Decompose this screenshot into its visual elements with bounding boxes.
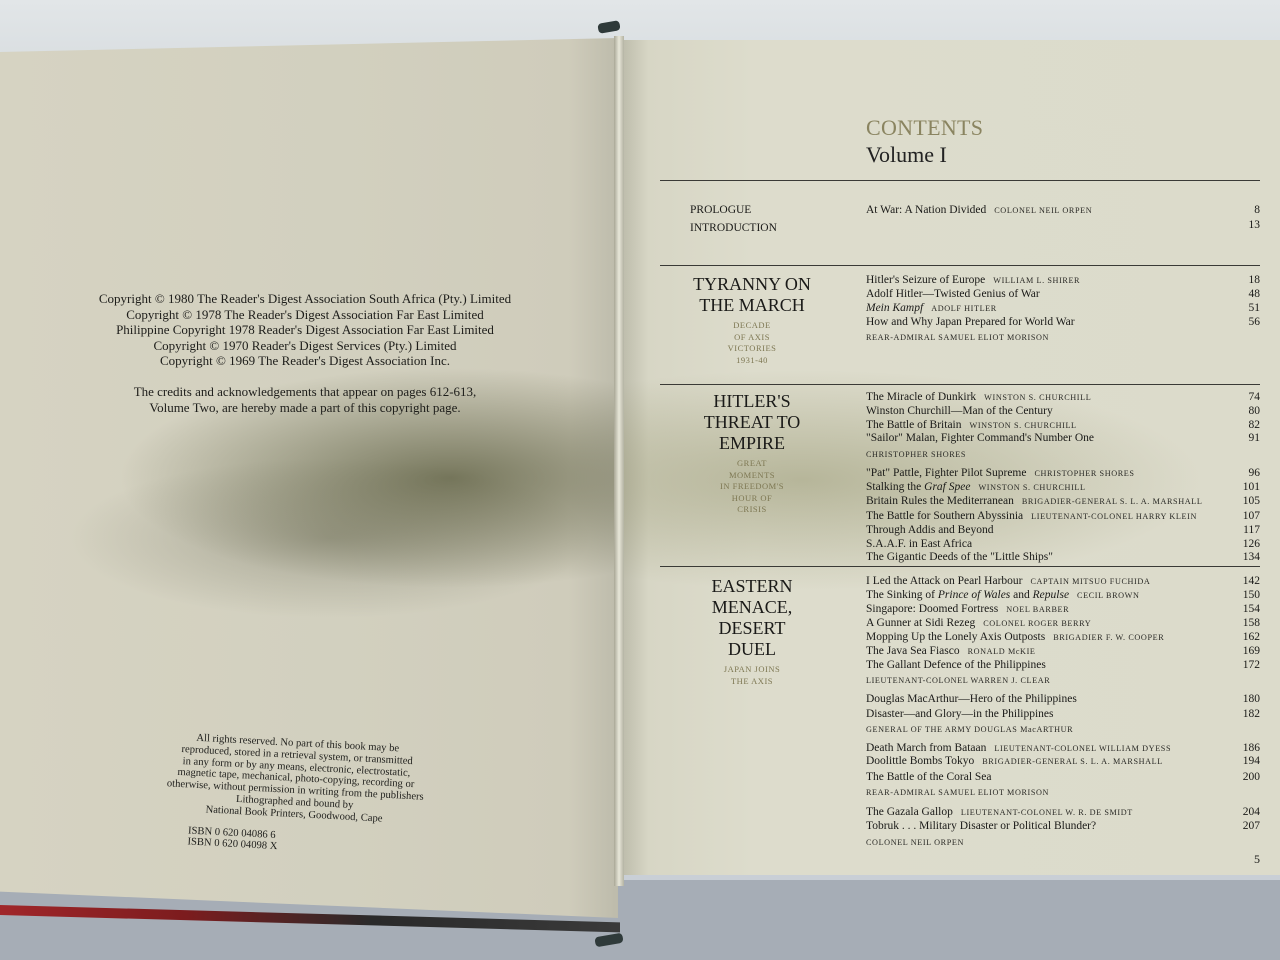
entry-author: LIEUTENANT-COLONEL W. R. DE SMIDT (961, 808, 1133, 817)
toc-entry: "Pat" Pattle, Fighter Pilot SupremeCHRIS… (866, 467, 1135, 479)
toc-entry: The Battle for Southern AbyssiniaLIEUTEN… (866, 510, 1197, 522)
entry-title: Death March from Bataan (866, 742, 986, 754)
toc-entry: The Java Sea FiascoRONALD McKIE (866, 645, 1036, 657)
page-number: 82 (1230, 419, 1260, 431)
book-gutter (614, 36, 624, 886)
contents-heading: CONTENTS (866, 115, 983, 141)
entry-title: I Led the Attack on Pearl Harbour (866, 575, 1022, 587)
entry-author: COLONEL ROGER BERRY (983, 619, 1091, 628)
page-number: 91 (1230, 432, 1260, 444)
rights-notice: All rights reserved. No part of this boo… (147, 730, 443, 861)
copyright-line: Copyright © 1978 The Reader's Digest Ass… (80, 307, 530, 323)
entry-author: RONALD McKIE (968, 647, 1036, 656)
page-number: 172 (1230, 659, 1260, 671)
toc-entry: Mein KampfADOLF HITLER (866, 302, 997, 314)
section-subtitle-line: JAPAN JOINS (662, 664, 842, 676)
entry-title: Stalking the Graf Spee (866, 481, 970, 493)
entry-title: How and Why Japan Prepared for World War (866, 316, 1075, 328)
introduction-label: INTRODUCTION (690, 222, 777, 234)
toc-entry: The Gazala GallopLIEUTENANT-COLONEL W. R… (866, 806, 1133, 818)
copyright-line: Copyright © 1980 The Reader's Digest Ass… (80, 291, 530, 307)
entry-author: CECIL BROWN (1077, 591, 1139, 600)
entry-title: Tobruk . . . Military Disaster or Politi… (866, 820, 1096, 832)
entry-title: "Pat" Pattle, Fighter Pilot Supreme (866, 467, 1026, 479)
entry-title: Douglas MacArthur—Hero of the Philippine… (866, 693, 1077, 705)
entry-author: WINSTON S. CHURCHILL (978, 483, 1085, 492)
toc-entry: The Gigantic Deeds of the "Little Ships" (866, 551, 1053, 563)
entry-title: The Gallant Defence of the Philippines (866, 659, 1046, 671)
section-title-line: EASTERN (662, 576, 842, 597)
entry-author: GENERAL OF THE ARMY DOUGLAS MacARTHUR (866, 725, 1073, 734)
toc-entry: Through Addis and Beyond (866, 524, 993, 536)
entry-title: A Gunner at Sidi Rezeg (866, 617, 975, 629)
divider (660, 180, 1260, 181)
entry-title: Mopping Up the Lonely Axis Outposts (866, 631, 1045, 643)
entry-author: ADOLF HITLER (931, 304, 997, 313)
copyright-notice: Copyright © 1980 The Reader's Digest Ass… (80, 291, 530, 415)
page-number: 101 (1230, 481, 1260, 493)
page-number: 182 (1230, 708, 1260, 720)
section-title: TYRANNY ONTHE MARCH (662, 274, 842, 316)
section-subtitle-line: 1931-40 (662, 355, 842, 367)
entry-author: WINSTON S. CHURCHILL (970, 421, 1077, 430)
page-number: 13 (1230, 219, 1260, 231)
section-title-line: DUEL (662, 639, 842, 660)
divider (660, 265, 1260, 266)
entry-title: Hitler's Seizure of Europe (866, 274, 985, 286)
entry-title: The Battle for Southern Abyssinia (866, 510, 1023, 522)
section-subtitle-line: OF AXIS (662, 332, 842, 344)
page-number: 162 (1230, 631, 1260, 643)
entry-author: LIEUTENANT-COLONEL HARRY KLEIN (1031, 512, 1197, 521)
toc-entry: Death March from BataanLIEUTENANT-COLONE… (866, 742, 1171, 754)
page-number: 74 (1230, 391, 1260, 403)
toc-entry: The Gallant Defence of the Philippines (866, 659, 1046, 671)
entry-title: The Battle of the Coral Sea (866, 771, 992, 783)
volume-heading: Volume I (866, 142, 947, 168)
section-subtitle-line: VICTORIES (662, 343, 842, 355)
section-title-line: TYRANNY ON (662, 274, 842, 295)
section-subtitle-line: MOMENTS (662, 470, 842, 482)
toc-entry: The Battle of the Coral Sea (866, 771, 992, 783)
toc-entry: Britain Rules the MediterraneanBRIGADIER… (866, 495, 1202, 507)
entry-title-italic: Graf Spee (924, 481, 970, 493)
entry-title: Singapore: Doomed Fortress (866, 603, 998, 615)
toc-entry: A Gunner at Sidi RezegCOLONEL ROGER BERR… (866, 617, 1091, 629)
page-number: 80 (1230, 405, 1260, 417)
page-number: 154 (1230, 603, 1260, 615)
entry-title-italic: Prince of Wales (938, 589, 1010, 601)
entry-author: LIEUTENANT-COLONEL WILLIAM DYESS (994, 744, 1171, 753)
copyright-line: Copyright © 1970 Reader's Digest Service… (80, 338, 530, 354)
section-subtitle-line: GREAT (662, 458, 842, 470)
page-number: 8 (1230, 204, 1260, 216)
entry-author: BRIGADIER-GENERAL S. L. A. MARSHALL (1022, 497, 1203, 506)
section-title-line: DESERT (662, 618, 842, 639)
entry-title: Doolittle Bombs Tokyo (866, 755, 974, 767)
toc-entry: I Led the Attack on Pearl HarbourCAPTAIN… (866, 575, 1150, 587)
toc-entry: Hitler's Seizure of EuropeWILLIAM L. SHI… (866, 274, 1080, 286)
page-number: 200 (1230, 771, 1260, 783)
toc-entry: Mopping Up the Lonely Axis OutpostsBRIGA… (866, 631, 1164, 643)
entry-title: The Sinking of Prince of Wales and Repul… (866, 589, 1069, 601)
divider (660, 384, 1260, 385)
entry-title-italic: Mein Kampf (866, 302, 923, 314)
entry-author: REAR-ADMIRAL SAMUEL ELIOT MORISON (866, 788, 1049, 797)
page-number: 96 (1230, 467, 1260, 479)
toc-entry: Disaster—and Glory—in the Philippines (866, 708, 1054, 720)
page-number: 107 (1230, 510, 1260, 522)
entry-author: LIEUTENANT-COLONEL WARREN J. CLEAR (866, 676, 1050, 685)
entry-author: CHRISTOPHER SHORES (866, 450, 966, 459)
copyright-line: Copyright © 1969 The Reader's Digest Ass… (80, 353, 530, 369)
entry-title: The Gazala Gallop (866, 806, 953, 818)
section-subtitle-line: DECADE (662, 320, 842, 332)
copyright-line: Philippine Copyright 1978 Reader's Diges… (80, 322, 530, 338)
credits-line: Volume Two, are hereby made a part of th… (80, 400, 530, 416)
toc-entry: Stalking the Graf SpeeWINSTON S. CHURCHI… (866, 481, 1086, 493)
page-number: 18 (1230, 274, 1260, 286)
section-title: EASTERNMENACE,DESERTDUEL (662, 576, 842, 660)
page-number: 48 (1230, 288, 1260, 300)
page-number: 207 (1230, 820, 1260, 832)
credits-line: The credits and acknowledgements that ap… (80, 384, 530, 400)
entry-author: WILLIAM L. SHIRER (993, 276, 1080, 285)
section-title: HITLER'STHREAT TOEMPIRE (662, 391, 842, 454)
page-number: 56 (1230, 316, 1260, 328)
toc-entry: The Sinking of Prince of Wales and Repul… (866, 589, 1140, 601)
entry-author: WINSTON S. CHURCHILL (984, 393, 1091, 402)
section-title-line: MENACE, (662, 597, 842, 618)
toc-entry: How and Why Japan Prepared for World War (866, 316, 1075, 328)
folio-page-number: 5 (1230, 852, 1260, 867)
entry-title: At War: A Nation Divided (866, 204, 986, 216)
entry-title: Britain Rules the Mediterranean (866, 495, 1014, 507)
page-number: 105 (1230, 495, 1260, 507)
entry-author: REAR-ADMIRAL SAMUEL ELIOT MORISON (866, 333, 1049, 342)
page-number: 51 (1230, 302, 1260, 314)
entry-author: NOEL BARBER (1006, 605, 1069, 614)
entry-title: S.A.A.F. in East Africa (866, 538, 972, 550)
entry-author: COLONEL NEIL ORPEN (994, 206, 1092, 215)
entry-author: BRIGADIER-GENERAL S. L. A. MARSHALL (982, 757, 1163, 766)
section-subtitle: DECADEOF AXISVICTORIES1931-40 (662, 320, 842, 366)
page-number: 186 (1230, 742, 1260, 754)
entry-title: The Battle of Britain (866, 419, 962, 431)
toc-entry: The Miracle of DunkirkWINSTON S. CHURCHI… (866, 391, 1091, 403)
entry-title: Adolf Hitler—Twisted Genius of War (866, 288, 1040, 300)
page-number: 169 (1230, 645, 1260, 657)
toc-entry: Adolf Hitler—Twisted Genius of War (866, 288, 1040, 300)
entry-title: Disaster—and Glory—in the Philippines (866, 708, 1054, 720)
entry-title: Winston Churchill—Man of the Century (866, 405, 1053, 417)
entry-author: CAPTAIN MITSUO FUCHIDA (1030, 577, 1150, 586)
section-title-line: EMPIRE (662, 433, 842, 454)
entry-title: The Java Sea Fiasco (866, 645, 960, 657)
toc-entry: At War: A Nation DividedCOLONEL NEIL ORP… (866, 204, 1092, 216)
divider (660, 566, 1260, 567)
page-number: 134 (1230, 551, 1260, 563)
entry-title: The Gigantic Deeds of the "Little Ships" (866, 551, 1053, 563)
page-number: 158 (1230, 617, 1260, 629)
page-number: 194 (1230, 755, 1260, 767)
entry-author: BRIGADIER F. W. COOPER (1053, 633, 1164, 642)
section-title-line: HITLER'S (662, 391, 842, 412)
section-subtitle-line: CRISIS (662, 504, 842, 516)
page-number: 117 (1230, 524, 1260, 536)
toc-entry: "Sailor" Malan, Fighter Command's Number… (866, 432, 1094, 444)
entry-author: CHRISTOPHER SHORES (1034, 469, 1134, 478)
toc-entry: Winston Churchill—Man of the Century (866, 405, 1053, 417)
toc-entry: Doolittle Bombs TokyoBRIGADIER-GENERAL S… (866, 755, 1163, 767)
toc-entry: The Battle of BritainWINSTON S. CHURCHIL… (866, 419, 1077, 431)
page-number: 150 (1230, 589, 1260, 601)
section-title-line: THREAT TO (662, 412, 842, 433)
section-title-line: THE MARCH (662, 295, 842, 316)
toc-entry: Tobruk . . . Military Disaster or Politi… (866, 820, 1096, 832)
section-subtitle: JAPAN JOINSTHE AXIS (662, 664, 842, 687)
page-number: 126 (1230, 538, 1260, 550)
entry-title: "Sailor" Malan, Fighter Command's Number… (866, 432, 1094, 444)
section-subtitle: GREATMOMENTSIN FREEDOM'SHOUR OFCRISIS (662, 458, 842, 516)
entry-title-italic: Repulse (1033, 589, 1069, 601)
page-number: 204 (1230, 806, 1260, 818)
prologue-label: PROLOGUE (690, 204, 751, 216)
entry-author: COLONEL NEIL ORPEN (866, 838, 964, 847)
page-number: 142 (1230, 575, 1260, 587)
entry-title: Mein Kampf (866, 302, 923, 314)
toc-entry: Douglas MacArthur—Hero of the Philippine… (866, 693, 1077, 705)
section-subtitle-line: THE AXIS (662, 676, 842, 688)
toc-entry: S.A.A.F. in East Africa (866, 538, 972, 550)
page-number: 180 (1230, 693, 1260, 705)
toc-entry: Singapore: Doomed FortressNOEL BARBER (866, 603, 1069, 615)
entry-title: The Miracle of Dunkirk (866, 391, 976, 403)
section-subtitle-line: HOUR OF (662, 493, 842, 505)
section-subtitle-line: IN FREEDOM'S (662, 481, 842, 493)
entry-title: Through Addis and Beyond (866, 524, 993, 536)
